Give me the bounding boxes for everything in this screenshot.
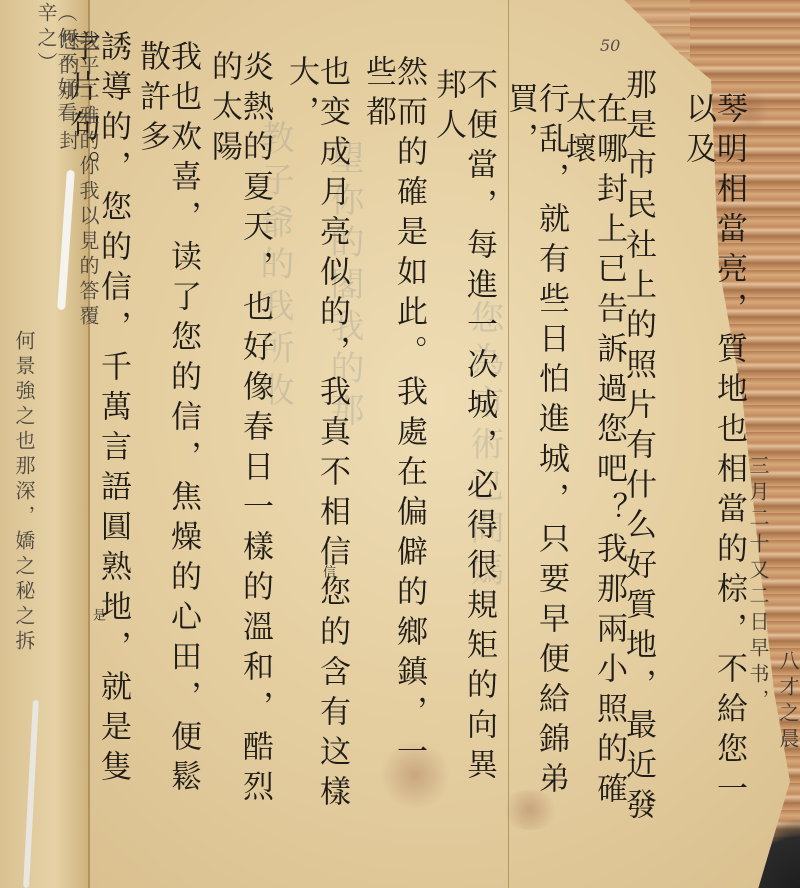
letter-column-4: 行乱，就有些日怕進城，只要早便給錦弟買， <box>504 82 566 802</box>
letter-column-9: 我也欢喜，读了您的信，焦燥的心田，便鬆散許多 <box>136 40 198 830</box>
letter-column-8: 炎熱的夏天，也好像春日一樣的溫和，酷烈的太陽 <box>208 50 270 810</box>
letter-column-6: 然而的確是如此。我處在偏僻的鄉鎮，一些都 <box>362 55 424 795</box>
letter-column-3: 在哪封上已告訴過您吧？我那兩小照的確太壞 <box>562 92 624 812</box>
letter-column-7: 也变成月亮似的，我真不相信您的含有这樣大， <box>285 55 347 815</box>
insertion-mark: 信 <box>318 565 337 578</box>
left-page-fragment-c: 何景強之也那深，嬌之秘之拆 <box>14 330 34 790</box>
left-page-fragment-b: 我平二雅的你我以見的答覆您的那一封 <box>58 30 98 350</box>
insertion-mark: 是 <box>88 608 107 621</box>
page-number: 50 <box>600 36 620 55</box>
letter-column-1: 琴明相當亮，質地也相當的棕，不給您一以及 <box>682 92 744 812</box>
signature-note: 八才之晨 <box>778 650 798 790</box>
photo-scene: 教子爺的我所收 望你的閣我的那 您為市術已問媽 50 琴明相當亮，質地也相當的棕… <box>0 0 800 888</box>
date-note: 三月二十又二日早书， <box>748 455 768 715</box>
letter-column-5: 不便當，每進一次城，必得很規矩的向異邦人 <box>432 68 494 808</box>
